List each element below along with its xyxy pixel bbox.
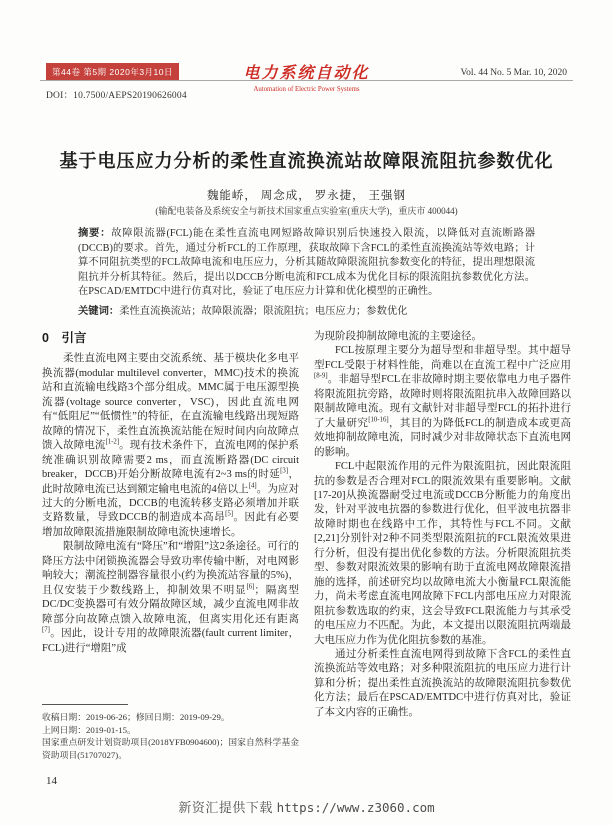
watermark-text: 新资汇提供下载 — [178, 800, 276, 815]
paper-title: 基于电压应力分析的柔性直流换流站故障限流阻抗参数优化 — [42, 147, 571, 173]
journal-name-cn: 电力系统自动化 — [243, 60, 369, 83]
footnote-line: 上网日期：2019-01-15。 — [42, 724, 299, 737]
watermark-url: https://www.z3060.com — [277, 800, 435, 815]
keywords-text: 柔性直流换流站；故障限流器；限流阻抗；电压应力；参数优化 — [119, 306, 407, 317]
abstract-text: 故障限流器(FCL)能在柔性直流电网短路故障识别后快速投入限流，以降低对直流断路… — [78, 228, 535, 297]
paragraph: 限制故障电流有“降压”和“增阻”这2条途径。可行的降压方法中闭锁换流器会导致功率… — [42, 540, 299, 656]
paragraph: 为现阶段抑制故障电流的主要途径。 — [314, 330, 571, 344]
journal-name-en: Automation of Electric Power Systems — [247, 86, 365, 93]
keywords-line: 关键词：柔性直流换流站；故障限流器；限流阻抗；电压应力；参数优化 — [78, 305, 535, 320]
paragraph: 柔性直流电网主要由交流系统、基于模块化多电平换流器(modular multil… — [42, 352, 299, 540]
paragraph: 通过分析柔性直流电网得到故障下含FCL的柔性直流换流站等效电路；对多种限流阻抗的… — [314, 648, 571, 720]
footnote-rule — [42, 704, 128, 705]
paragraph: FCL中起限流作用的元件为限流阻抗，因此限流阻抗的参数是否合理对FCL的限流效果… — [314, 460, 571, 648]
keywords-label: 关键词： — [78, 306, 119, 317]
paragraph: FCL按原理主要分为超导型和非超导型。其中超导型FCL受限于材料性能，尚难以在直… — [314, 344, 571, 460]
paper-page: 第44卷 第5期 2020年3月10日 DOI：10.7500/AEPS2019… — [0, 0, 613, 825]
footnote-line: 收稿日期：2019-06-26；修回日期：2019-09-29。 — [42, 711, 299, 724]
footnote-block: 收稿日期：2019-06-26；修回日期：2019-09-29。 上网日期：20… — [42, 704, 299, 761]
left-column: 0 引言 柔性直流电网主要由交流系统、基于模块化多电平换流器(modular m… — [42, 330, 299, 656]
footnote-line: 国家重点研发计划资助项目(2018YFB0904600)；国家自然科学基金资助项… — [42, 736, 299, 761]
right-column: 为现阶段抑制故障电流的主要途径。 FCL按原理主要分为超导型和非超导型。其中超导… — [314, 330, 571, 720]
page-number: 14 — [46, 775, 57, 787]
authors: 魏能峤， 周念成， 罗永捷， 王强钢 — [42, 187, 571, 203]
abstract-label: 摘要： — [78, 228, 111, 239]
affiliation: (输配电装备及系统安全与新技术国家重点实验室(重庆大学)，重庆市 400044) — [42, 204, 571, 217]
abstract-block: 摘要：故障限流器(FCL)能在柔性直流电网短路故障识别后快速投入限流，以降低对直… — [78, 227, 535, 320]
section-heading: 0 引言 — [42, 331, 299, 345]
watermark: 新资汇提供下载 https://www.z3060.com — [0, 797, 613, 816]
abstract-paragraph: 摘要：故障限流器(FCL)能在柔性直流电网短路故障识别后快速投入限流，以降低对直… — [78, 227, 535, 300]
volume-info: Vol. 44 No. 5 Mar. 10, 2020 — [461, 68, 567, 78]
